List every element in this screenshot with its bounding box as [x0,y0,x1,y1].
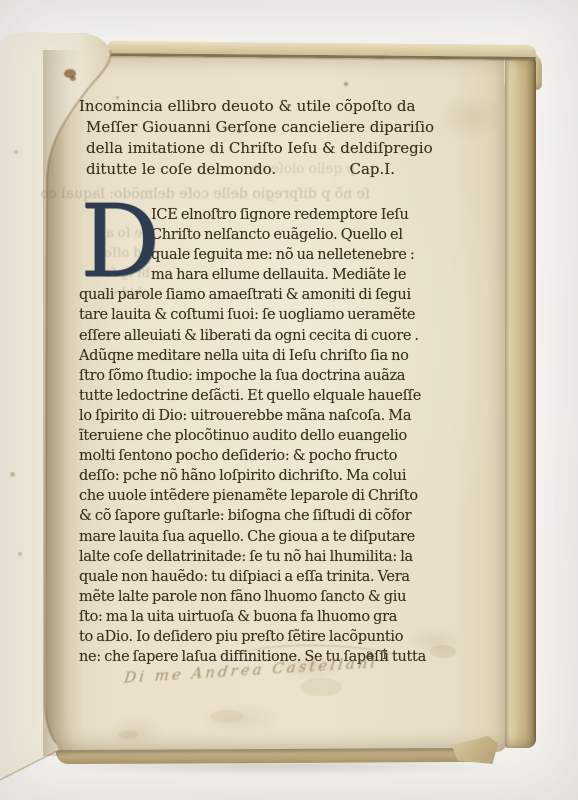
book-photograph: ſe nõ p diſpregio delle coſe delmõdo: la… [0,0,578,800]
text-line: deſſo: pche nõ hãno loſpirito dichriſto.… [79,466,397,486]
text-line: quale non hauẽdo: tu diſpiaci a eſſa tri… [79,567,397,587]
text-line: Chriſto nelſancto euãgelio. Quello el [151,225,397,245]
text-line: ĩteruiene che plocõtinuo audito dello eu… [79,426,397,446]
text-line: & cõ ſapore guſtarle: biſogna che ſiſtud… [79,506,397,526]
text-line: ma hara ellume dellauita. Mediãte le [151,265,397,285]
painted-initial-D: D [80,205,150,281]
text-line: ſto: ma la uita uirtuoſa & buona fa lhuo… [79,607,397,627]
heading-line-text: ditutte le coſe delmondo. [86,159,276,180]
text-line: ICE elnoſtro ſignore redemptore Ieſu [151,205,397,225]
text-line: quale ſeguita me: nõ ua nelletenebre : [151,245,397,265]
text-line: eſſere alleuiati & liberati da ogni ceci… [79,326,397,346]
heading-line: Meſſer Giouanni Gerſone cancieliere dipa… [79,117,395,138]
heading-line: della imitatione di Chriſto Ieſu & deldi… [79,138,395,159]
heading-line: ditutte le coſe delmondo. Cap.I. [79,159,395,180]
incipit-heading: Incomincia ellibro deuoto & utile cõpoſt… [79,96,395,180]
heading-line: Incomincia ellibro deuoto & utile cõpoſt… [79,96,395,117]
text-line: che uuole intẽdere pienamẽte leparole di… [79,486,397,506]
text-line: mare lauita ſua aquello. Che gioua a te … [79,527,397,547]
text-line: tare lauita & coſtumi ſuoi: ſe uogliamo … [79,305,397,325]
text-line: molti ſentono pocho deſiderio: & pocho f… [79,446,397,466]
text-line: lo ſpirito di Dio: uitrouerebbe mãna naſ… [79,406,397,426]
text-line: lalte coſe dellatrinitade: ſe tu nõ hai … [79,547,397,567]
printed-text-layer: Incomincia ellibro deuoto & utile cõpoſt… [0,0,578,800]
text-line: to aDio. Io deſidero piu preſto ſẽtire l… [79,627,397,647]
text-line: Adũqne meditare nella uita di Ieſu chriſ… [79,346,397,366]
chapter-label: Cap.I. [350,159,395,180]
text-line: mẽte lalte parole non fãno lhuomo ſancto… [79,587,397,607]
text-line: tutte ledoctrine deſãcti. Et quello elqu… [79,386,397,406]
text-line: ſtro ſõmo ſtudio: impoche la ſua doctrin… [79,366,397,386]
